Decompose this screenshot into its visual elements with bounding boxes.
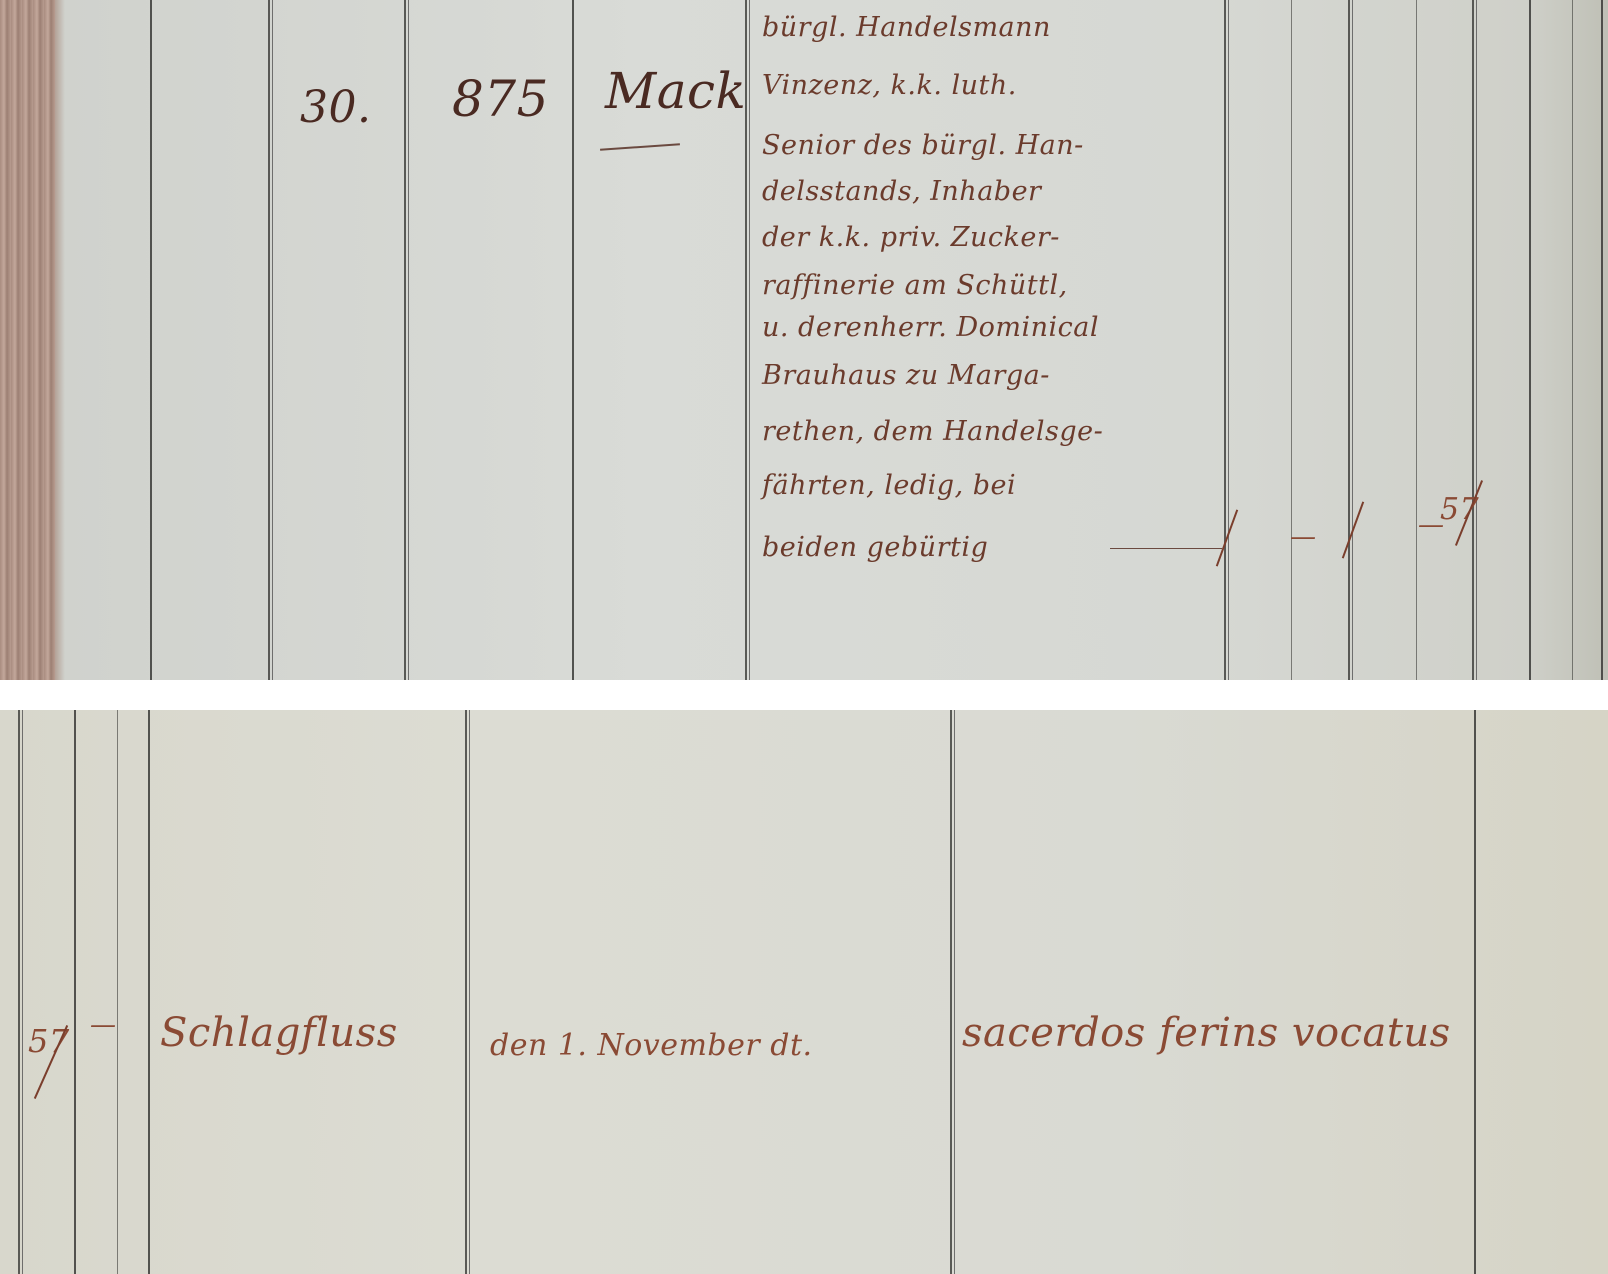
description-line: u. derenherr. Dominical <box>762 312 1099 343</box>
age-dash: — <box>90 1010 117 1040</box>
column-rule <box>1348 0 1353 680</box>
column-rule <box>1572 0 1573 680</box>
description-line: raffinerie am Schüttl, <box>762 270 1068 301</box>
column-rule <box>268 0 273 680</box>
description-line: Senior des bürgl. Han- <box>762 130 1084 161</box>
line-filler <box>1110 548 1222 549</box>
column-rule <box>572 0 574 680</box>
column-rule <box>1416 0 1417 680</box>
description-line: bürgl. Handelsmann <box>762 12 1051 43</box>
remark: sacerdos ferins vocatus <box>962 1010 1451 1056</box>
column-rule <box>1224 0 1229 680</box>
description-line: Vinzenz, k.k. luth. <box>762 70 1017 101</box>
column-rule <box>148 710 150 1274</box>
register-page-top: 30. 875 Mack bürgl. Handelsmann Vinzenz,… <box>0 0 1608 680</box>
column-rule <box>74 710 76 1274</box>
surname: Mack <box>605 62 746 120</box>
column-rule <box>1474 710 1476 1274</box>
column-rule <box>465 710 470 1274</box>
description-line: der k.k. priv. Zucker- <box>762 222 1060 253</box>
house-number: 875 <box>452 70 549 128</box>
description-line: rethen, dem Handelsge- <box>762 416 1103 447</box>
entry-number: 30. <box>300 82 371 133</box>
description-line: beiden gebürtig <box>762 532 988 563</box>
column-rule <box>1601 0 1603 680</box>
cause-of-death: Schlagfluss <box>160 1010 398 1056</box>
column-rule <box>404 0 409 680</box>
column-rule <box>18 710 23 1274</box>
age-value: 57 <box>28 1022 70 1060</box>
column-rule <box>117 710 118 1274</box>
column-rule <box>150 0 152 680</box>
description-line: Brauhaus zu Marga- <box>762 360 1050 391</box>
description-line: fährten, ledig, bei <box>762 470 1016 501</box>
description-line: delsstands, Inhaber <box>762 176 1041 207</box>
book-edge <box>0 0 55 680</box>
tally-mark <box>1342 501 1364 558</box>
column-rule <box>950 710 955 1274</box>
register-page-bottom: 57 — Schlagfluss den 1. November dt. sac… <box>0 710 1608 1274</box>
burial-date-note: den 1. November dt. <box>490 1028 813 1063</box>
column-rule <box>1529 0 1531 680</box>
column-dash: — <box>1290 522 1317 552</box>
column-rule <box>1291 0 1292 680</box>
column-rule <box>1472 0 1477 680</box>
surname-underline <box>600 143 680 151</box>
